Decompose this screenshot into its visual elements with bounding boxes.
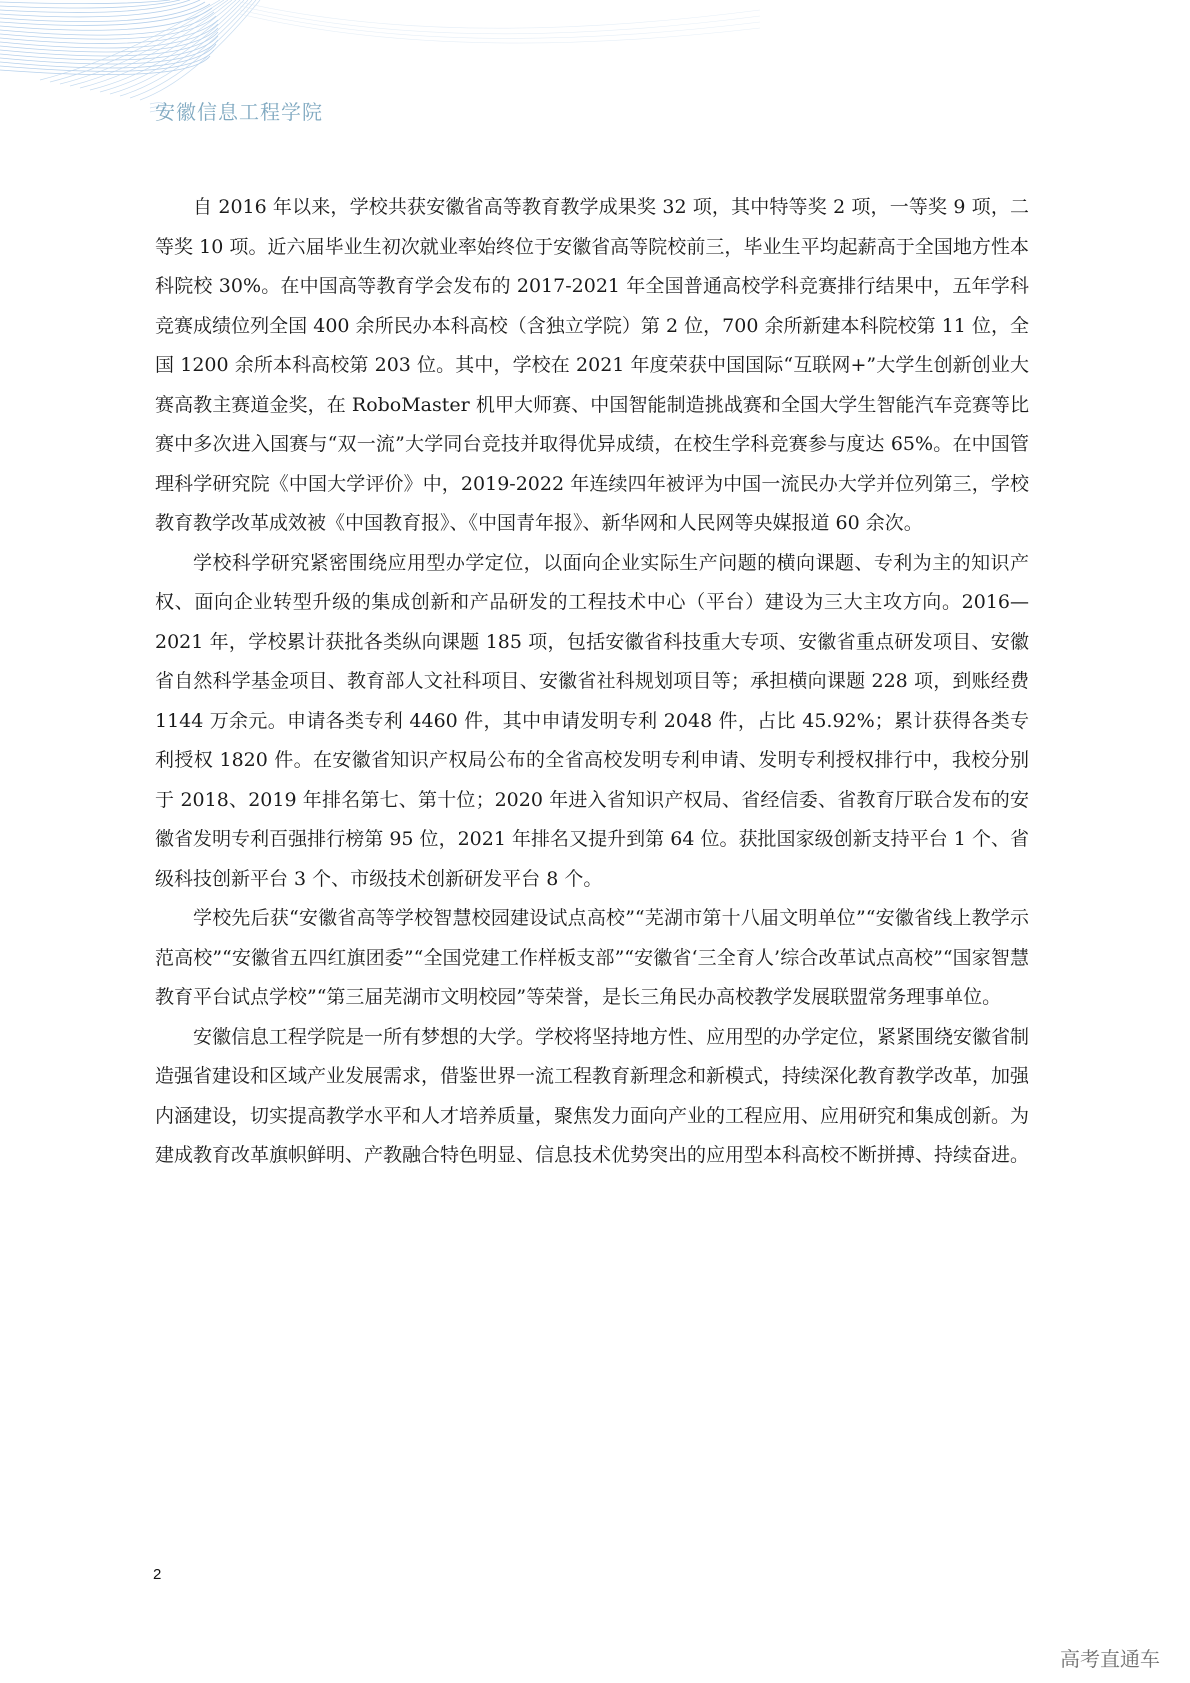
decorative-wave-lines <box>0 0 760 130</box>
watermark-text: 高考直通车 <box>1060 1643 1160 1672</box>
document-body: 自 2016 年以来，学校共获安徽省高等教育教学成果奖 32 项，其中特等奖 2… <box>155 188 1029 1176</box>
paragraph-research: 学校科学研究紧密围绕应用型办学定位，以面向企业实际生产问题的横向课题、专利为主的… <box>155 544 1029 900</box>
page-number: 2 <box>153 1566 161 1583</box>
header-institution-name: 安徽信息工程学院 <box>155 96 323 125</box>
paragraph-achievements: 自 2016 年以来，学校共获安徽省高等教育教学成果奖 32 项，其中特等奖 2… <box>155 188 1029 544</box>
paragraph-vision: 安徽信息工程学院是一所有梦想的大学。学校将坚持地方性、应用型的办学定位，紧紧围绕… <box>155 1018 1029 1176</box>
paragraph-honors: 学校先后获“安徽省高等学校智慧校园建设试点高校”“芜湖市第十八届文明单位”“安徽… <box>155 899 1029 1018</box>
